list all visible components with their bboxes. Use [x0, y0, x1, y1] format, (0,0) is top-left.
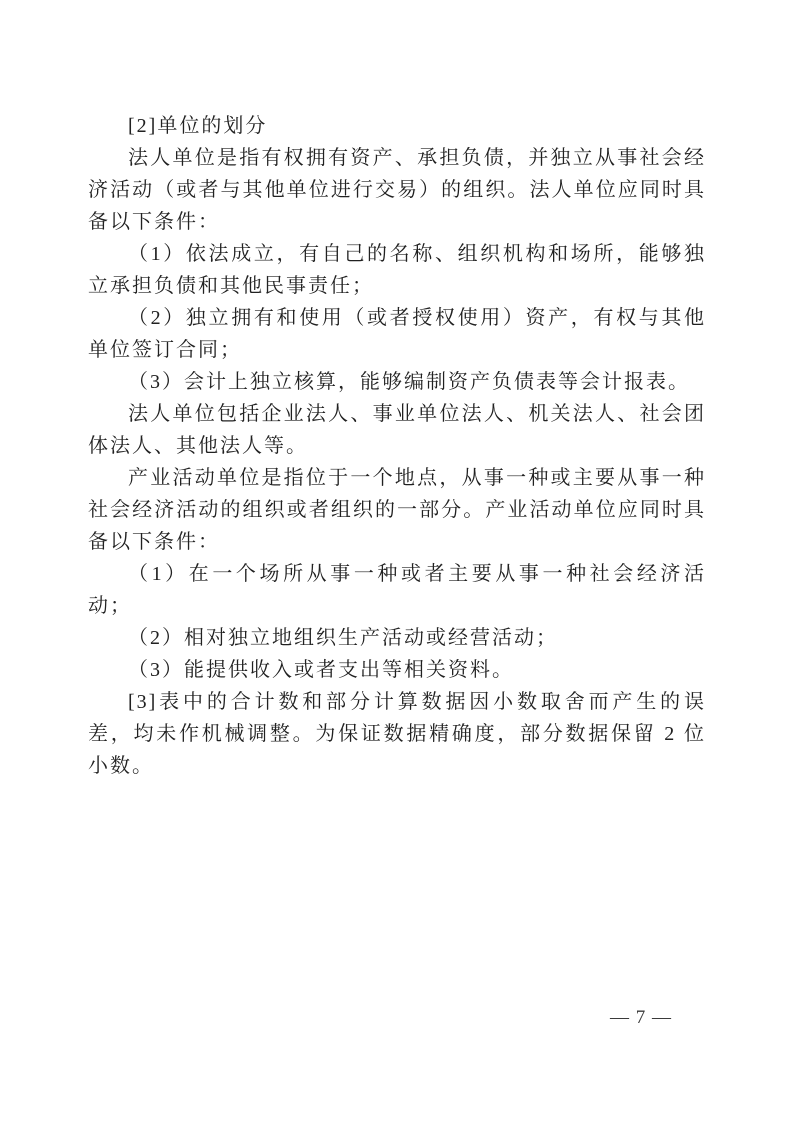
- paragraph-industrial-activity-condition-2: （2）相对独立地组织生产活动或经营活动；: [88, 622, 706, 654]
- document-body: [2]单位的划分 法人单位是指有权拥有资产、承担负债，并独立从事社会经济活动（或…: [88, 110, 706, 782]
- paragraph-note3-rounding: [3]表中的合计数和部分计算数据因小数取舍而产生的误差，均未作机械调整。为保证数…: [88, 686, 706, 782]
- note2-heading: [2]单位的划分: [88, 110, 706, 142]
- paragraph-legal-person-condition-2: （2）独立拥有和使用（或者授权使用）资产，有权与其他单位签订合同；: [88, 302, 706, 366]
- paragraph-legal-person-definition: 法人单位是指有权拥有资产、承担负债，并独立从事社会经济活动（或者与其他单位进行交…: [88, 142, 706, 238]
- paragraph-legal-person-condition-1: （1）依法成立，有自己的名称、组织机构和场所，能够独立承担负债和其他民事责任；: [88, 238, 706, 302]
- paragraph-legal-person-types: 法人单位包括企业法人、事业单位法人、机关法人、社会团体法人、其他法人等。: [88, 398, 706, 462]
- paragraph-legal-person-condition-3: （3）会计上独立核算，能够编制资产负债表等会计报表。: [88, 366, 706, 398]
- page-number: — 7 —: [610, 1006, 672, 1030]
- paragraph-industrial-activity-condition-1: （1）在一个场所从事一种或者主要从事一种社会经济活动；: [88, 558, 706, 622]
- paragraph-industrial-activity-definition: 产业活动单位是指位于一个地点，从事一种或主要从事一种社会经济活动的组织或者组织的…: [88, 462, 706, 558]
- paragraph-industrial-activity-condition-3: （3）能提供收入或者支出等相关资料。: [88, 654, 706, 686]
- document-page: [2]单位的划分 法人单位是指有权拥有资产、承担负债，并独立从事社会经济活动（或…: [0, 0, 793, 1122]
